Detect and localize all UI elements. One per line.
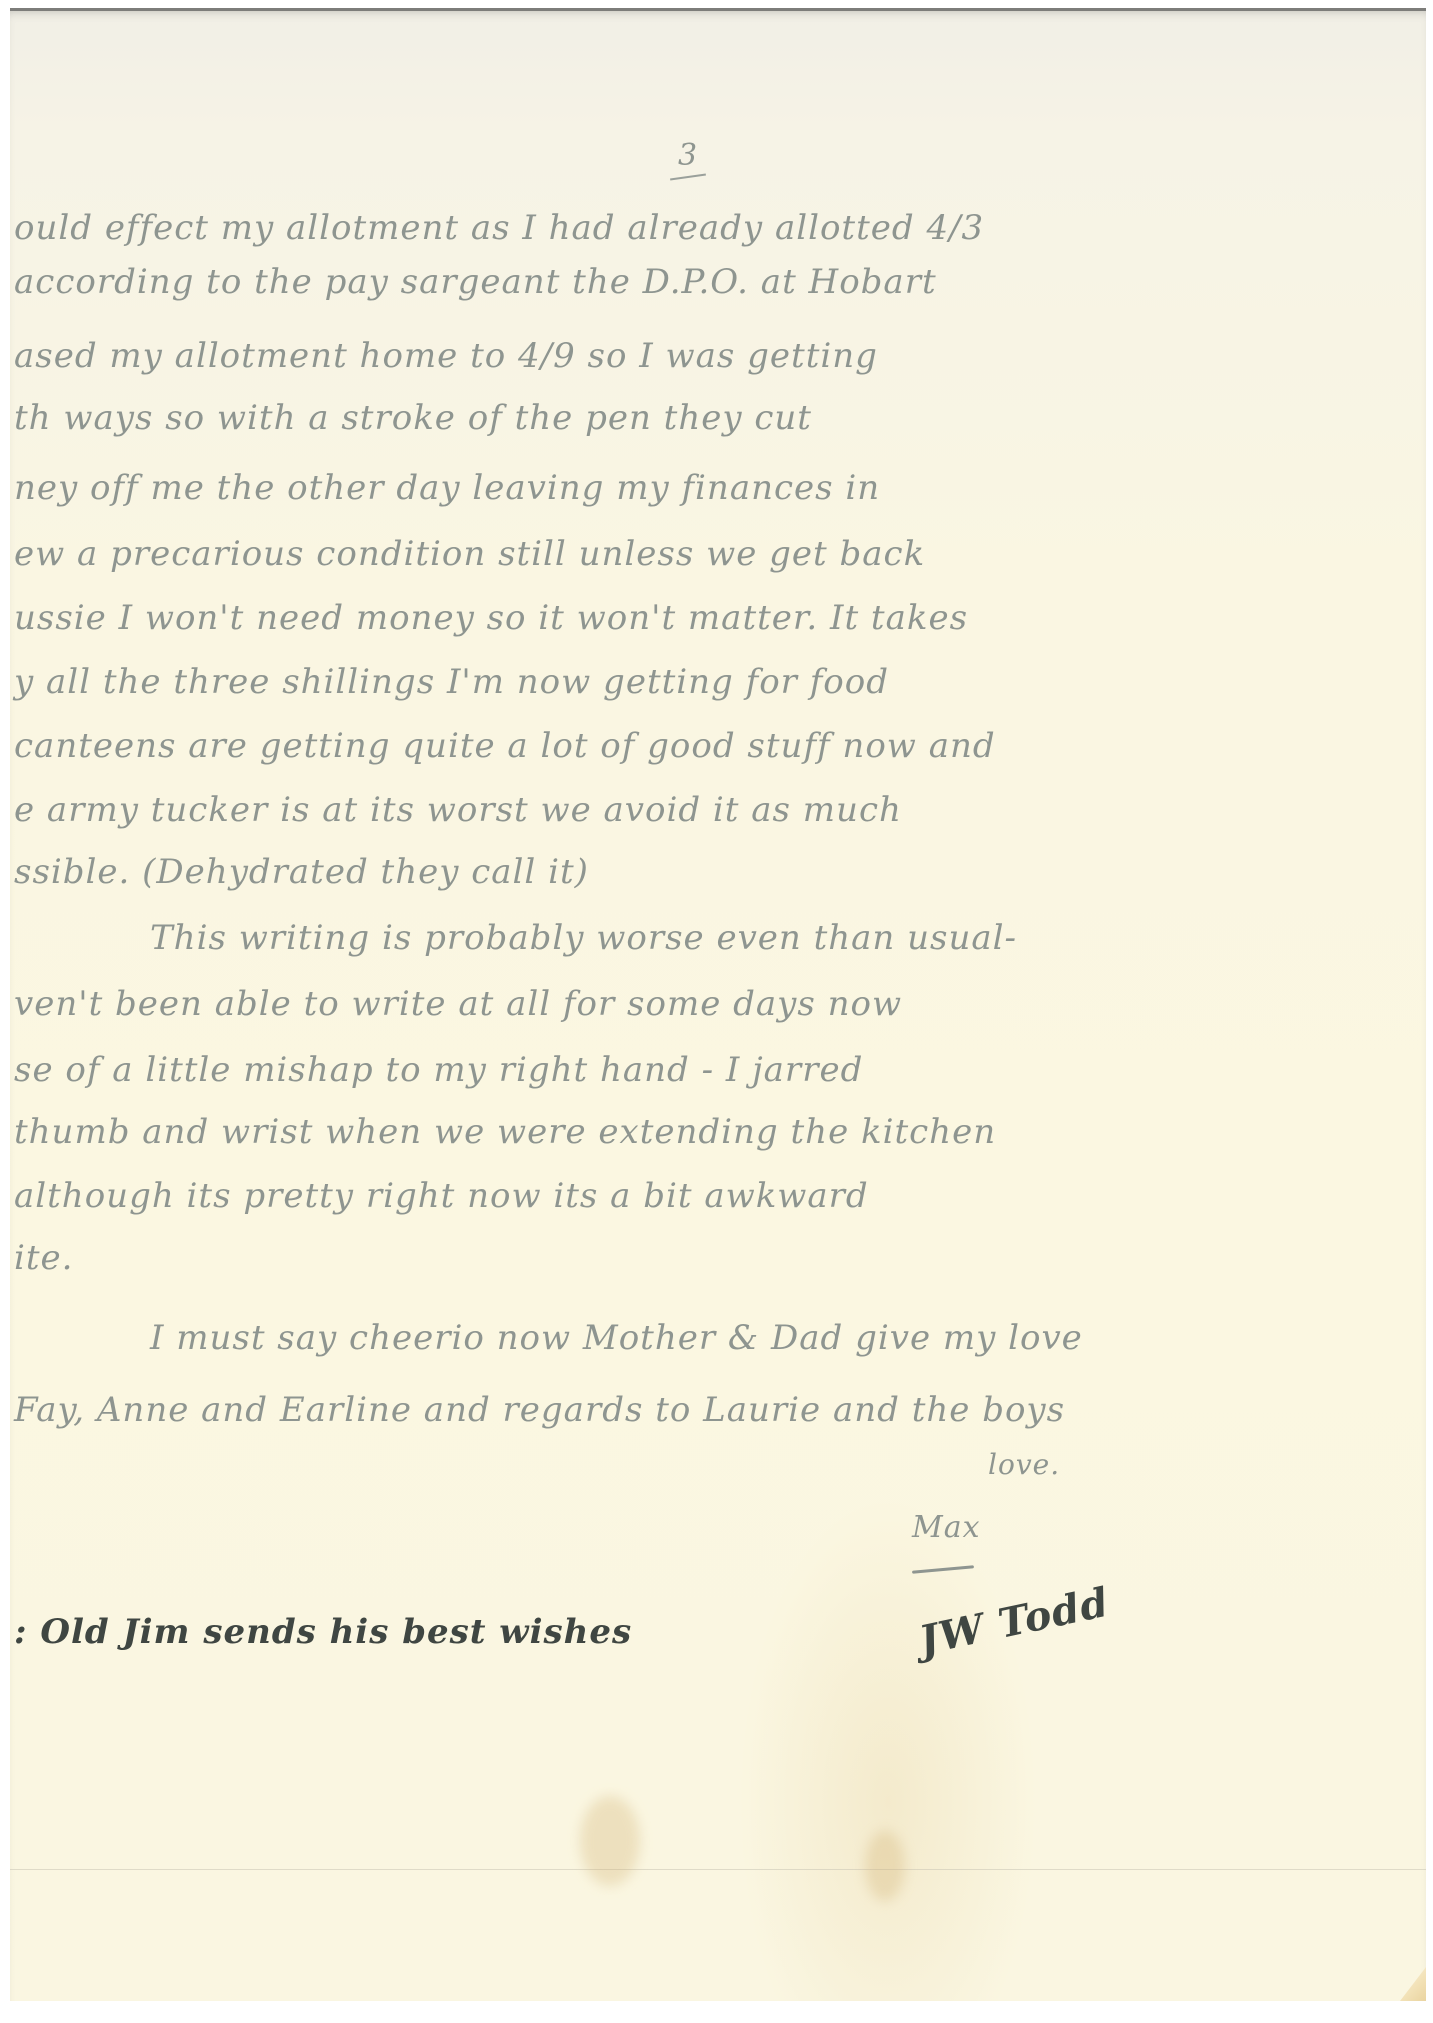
body-line: th ways so with a stroke of the pen they…: [14, 398, 812, 438]
postscript: : Old Jim sends his best wishes: [14, 1612, 632, 1652]
body-line: ussie I won't need money so it won't mat…: [14, 598, 968, 638]
closing-line: I must say cheerio now Mother & Dad give…: [150, 1318, 1083, 1358]
body-line: ew a precarious condition still unless w…: [14, 534, 925, 574]
body-line: ney off me the other day leaving my fina…: [14, 468, 880, 508]
body-line: ven't been able to write at all for some…: [14, 984, 902, 1024]
body-line: This writing is probably worse even than…: [150, 918, 1017, 958]
body-line: ssible. (Dehydrated they call it): [14, 852, 589, 892]
body-line: ased my allotment home to 4/9 so I was g…: [14, 336, 878, 376]
body-line: ite.: [14, 1238, 73, 1278]
paper-fold-line: [10, 1869, 1426, 1870]
body-line: ould effect my allotment as I had alread…: [14, 208, 984, 248]
body-line: canteens are getting quite a lot of good…: [14, 726, 996, 766]
signature-short: Max: [912, 1510, 981, 1545]
body-line: se of a little mishap to my right hand -…: [14, 1050, 863, 1090]
paper-stain: [580, 1796, 640, 1886]
body-line: y all the three shillings I'm now gettin…: [14, 662, 889, 702]
page-number: 3: [678, 138, 697, 173]
body-line: e army tucker is at its worst we avoid i…: [14, 790, 902, 830]
body-line: according to the pay sargeant the D.P.O.…: [14, 262, 937, 302]
paper-corner-curl: [1400, 1967, 1426, 2001]
paper-stain: [865, 1831, 905, 1901]
body-line: although its pretty right now its a bit …: [14, 1176, 869, 1216]
closing-line: Fay, Anne and Earline and regards to Lau…: [14, 1390, 1065, 1430]
body-line: thumb and wrist when we were extending t…: [14, 1112, 996, 1152]
sign-off: love.: [988, 1448, 1060, 1481]
